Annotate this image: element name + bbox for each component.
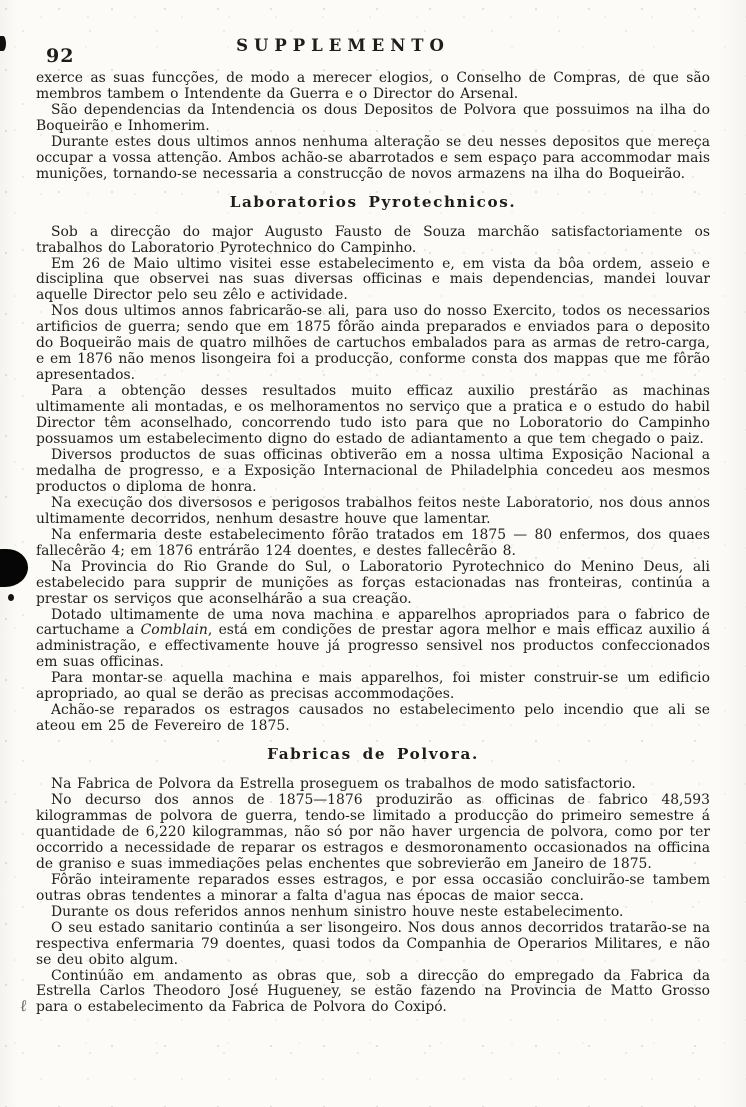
paragraph: Na enfermaria deste estabelecimento fôrã… <box>36 528 710 560</box>
paragraph: Durante os dous referidos annos nenhum s… <box>36 905 710 921</box>
paragraph: No decurso dos annos de 1875—1876 produz… <box>36 793 710 873</box>
paragraph: Para montar-se aquella machina e mais ap… <box>36 671 710 703</box>
document-body: exerce as suas funcções, de modo a merec… <box>36 71 710 1016</box>
paragraph: Diversos productos de suas officinas obt… <box>36 448 710 496</box>
paragraph: Em 26 de Maio ultimo visitei esse estabe… <box>36 257 710 305</box>
paragraph: Nos dous ultimos annos fabricarão-se ali… <box>36 304 710 384</box>
running-title: SUPPLEMENTO <box>0 36 686 55</box>
paragraph: Achão-se reparados os estragos causados … <box>36 703 710 735</box>
paragraph: Na Provincia do Rio Grande do Sul, o Lab… <box>36 560 710 608</box>
paragraph: O seu estado sanitario continúa a ser li… <box>36 921 710 969</box>
ink-dot-left-margin <box>8 594 14 601</box>
handwritten-margin-mark: ℓ <box>19 996 28 1017</box>
paragraph: Para a obtenção desses resultados muito … <box>36 384 710 448</box>
section-heading: Fabricas de Polvora. <box>36 747 710 763</box>
page-header: 92 SUPPLEMENTO <box>0 0 746 70</box>
paragraph: Na Fabrica de Polvora da Estrella proseg… <box>36 777 710 793</box>
ink-blot-left-margin <box>0 549 28 587</box>
section-heading: Laboratorios Pyrotechnicos. <box>36 195 710 211</box>
paragraph: São dependencias da Intendencia os dous … <box>36 103 710 135</box>
italic-text: Comblain <box>141 622 208 638</box>
document-page: ℓ 92 SUPPLEMENTO exerce as suas funcções… <box>0 0 746 1107</box>
paragraph: Durante estes dous ultimos annos nenhuma… <box>36 135 710 183</box>
paragraph: Dotado ultimamente de uma nova machina e… <box>36 608 710 672</box>
paragraph: Fôrão inteiramente reparados esses estra… <box>36 873 710 905</box>
paragraph: Na execução dos diversosos e perigosos t… <box>36 496 710 528</box>
paragraph: Continúão em andamento as obras que, sob… <box>36 969 710 1017</box>
paragraph: Sob a direcção do major Augusto Fausto d… <box>36 225 710 257</box>
paragraph: exerce as suas funcções, de modo a merec… <box>36 71 710 103</box>
